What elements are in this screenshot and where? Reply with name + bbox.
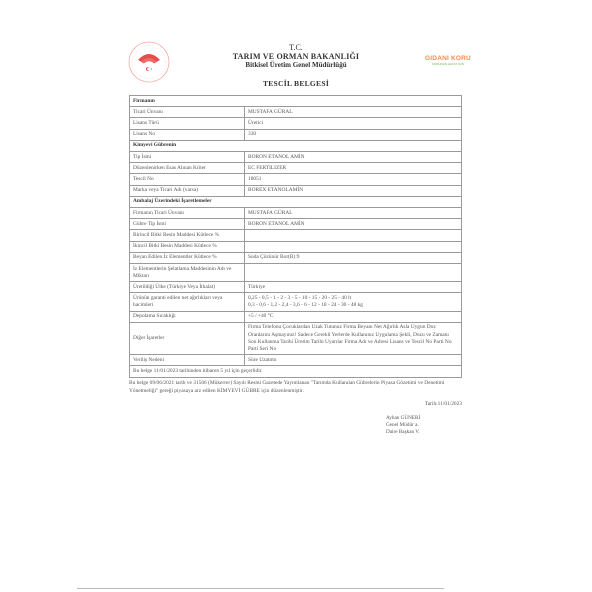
regulation-note: Bu belge 09/06/2021 tarih ve 31506 (Müke… xyxy=(129,380,469,396)
field-value: Suda Çözünür Bor(B):9 xyxy=(245,252,462,263)
section-header-row: Kimyevi Gübrenin xyxy=(130,140,462,151)
table-row: Lisans No330 xyxy=(130,129,462,140)
field-label: Gübre Tip İsmi xyxy=(130,219,245,230)
field-label: Beyan Edilen İz Elementler Kütlece % xyxy=(130,252,245,263)
field-value: MUSTAFA GÜRAL xyxy=(245,208,462,219)
validity-text: Bu belge 11/01/2023 tarihinden itibaren … xyxy=(130,366,462,377)
field-value: Süre Uzatımı xyxy=(245,355,462,366)
field-label: Tip İsmi xyxy=(130,152,245,163)
country-label: T.C. xyxy=(0,43,592,52)
field-label: İkincil Bitki Besin Maddesi Kütlece % xyxy=(130,241,245,252)
department-name: Bitkisel Üretim Genel Müdürlüğü xyxy=(0,61,592,69)
table-row: Ticari ÜnvanıMUSTAFA GÜRAL xyxy=(130,107,462,118)
field-value xyxy=(245,230,462,241)
ministry-name: TARIM VE ORMAN BAKANLIĞI xyxy=(0,52,592,61)
field-label: Marka veya Ticari Adı (varsa) xyxy=(130,185,245,196)
signatory-title-1: Genel Müdür a. xyxy=(386,422,420,429)
table-row: Depolama Sıcaklığı+5 / +40 °C xyxy=(130,311,462,322)
field-value: 0,25 - 0,5 - 1 - 2 - 3 - 5 - 10 - 15 - 2… xyxy=(245,293,462,311)
field-value xyxy=(245,241,462,252)
field-label: Düzenlenirken Esas Alınan Kriter xyxy=(130,163,245,174)
field-value: Türkiye xyxy=(245,282,462,293)
field-label: İz Elementlerin Şelatlama Maddesinin Adı… xyxy=(130,264,245,282)
table-row: Beyan Edilen İz Elementler Kütlece %Suda… xyxy=(130,252,462,263)
field-label: Tescil No xyxy=(130,174,245,185)
issue-date: Tarih:11/01/2023 xyxy=(400,401,462,407)
field-label: Veriliş Nedeni xyxy=(130,355,245,366)
section-title: Firmanın xyxy=(130,96,462,107)
table-row: Gübre Tip İsmiBORON ETANOL AMİN xyxy=(130,219,462,230)
field-value: +5 / +40 °C xyxy=(245,311,462,322)
field-value: BORON ETANOL AMİN xyxy=(245,219,462,230)
field-label: Birincil Bitki Besin Maddesi Kütlece % xyxy=(130,230,245,241)
field-label: Ürünün garanti edilen net ağırlıkları ve… xyxy=(130,293,245,311)
field-label: Lisans No xyxy=(130,129,245,140)
signatory-name: Ayhan GÜNERİ xyxy=(386,415,420,422)
validity-row: Bu belge 11/01/2023 tarihinden itibaren … xyxy=(130,366,462,377)
field-label: Firmanın Ticari Ünvanı xyxy=(130,208,245,219)
table-row: Üretildiği Ülke (Türkiye Veya İthalat)Tü… xyxy=(130,282,462,293)
table-row: Birincil Bitki Besin Maddesi Kütlece % xyxy=(130,230,462,241)
field-label: Diğer İşaretler xyxy=(130,322,245,354)
table-row: İkincil Bitki Besin Maddesi Kütlece % xyxy=(130,241,462,252)
field-value: 18051 xyxy=(245,174,462,185)
field-value: Üretici xyxy=(245,118,462,129)
table-row: Lisans TürüÜretici xyxy=(130,118,462,129)
document-title: TESCİL BELGESİ xyxy=(0,79,592,88)
table-row: Tescil No18051 xyxy=(130,174,462,185)
table-row: Ürünün garanti edilen net ağırlıkları ve… xyxy=(130,293,462,311)
field-label: Depolama Sıcaklığı xyxy=(130,311,245,322)
field-value: Firma Telefonu Çocuklardan Uzak Tutunuz … xyxy=(245,322,462,354)
field-label: Lisans Türü xyxy=(130,118,245,129)
field-value: BORON ETANOL AMİN xyxy=(245,152,462,163)
table-row: Veriliş NedeniSüre Uzatımı xyxy=(130,355,462,366)
field-value: BOREX ETANOLAMİN xyxy=(245,185,462,196)
table-row: Düzenlenirken Esas Alınan KriterEC FERTI… xyxy=(130,163,462,174)
certificate-table: FirmanınTicari ÜnvanıMUSTAFA GÜRALLisans… xyxy=(129,95,462,378)
table-row: Marka veya Ticari Adı (varsa)BOREX ETANO… xyxy=(130,185,462,196)
field-label: Üretildiği Ülke (Türkiye Veya İthalat) xyxy=(130,282,245,293)
table-row: Firmanın Ticari ÜnvanıMUSTAFA GÜRAL xyxy=(130,208,462,219)
field-value: EC FERTILIZER xyxy=(245,163,462,174)
signatory-title-2: Daire Başkan V. xyxy=(386,429,420,436)
field-value xyxy=(245,264,462,282)
field-value: MUSTAFA GÜRAL xyxy=(245,107,462,118)
section-title: Ambalaj Üzerindeki İşaretlemeler xyxy=(130,196,462,207)
section-title: Kimyevi Gübrenin xyxy=(130,140,462,151)
section-header-row: Firmanın xyxy=(130,96,462,107)
table-row: Diğer İşaretlerFirma Telefonu Çocuklarda… xyxy=(130,322,462,354)
signature-block: Ayhan GÜNERİ Genel Müdür a. Daire Başkan… xyxy=(386,415,420,436)
table-row: Tip İsmiBORON ETANOL AMİN xyxy=(130,152,462,163)
footer-divider xyxy=(77,588,444,589)
table-row: İz Elementlerin Şelatlama Maddesinin Adı… xyxy=(130,264,462,282)
field-label: Ticari Ünvanı xyxy=(130,107,245,118)
certificate-page: GIDANI KORU KORUNAN HAYAT İÇİN T.C. TARI… xyxy=(0,0,592,592)
field-value: 330 xyxy=(245,129,462,140)
section-header-row: Ambalaj Üzerindeki İşaretlemeler xyxy=(130,196,462,207)
